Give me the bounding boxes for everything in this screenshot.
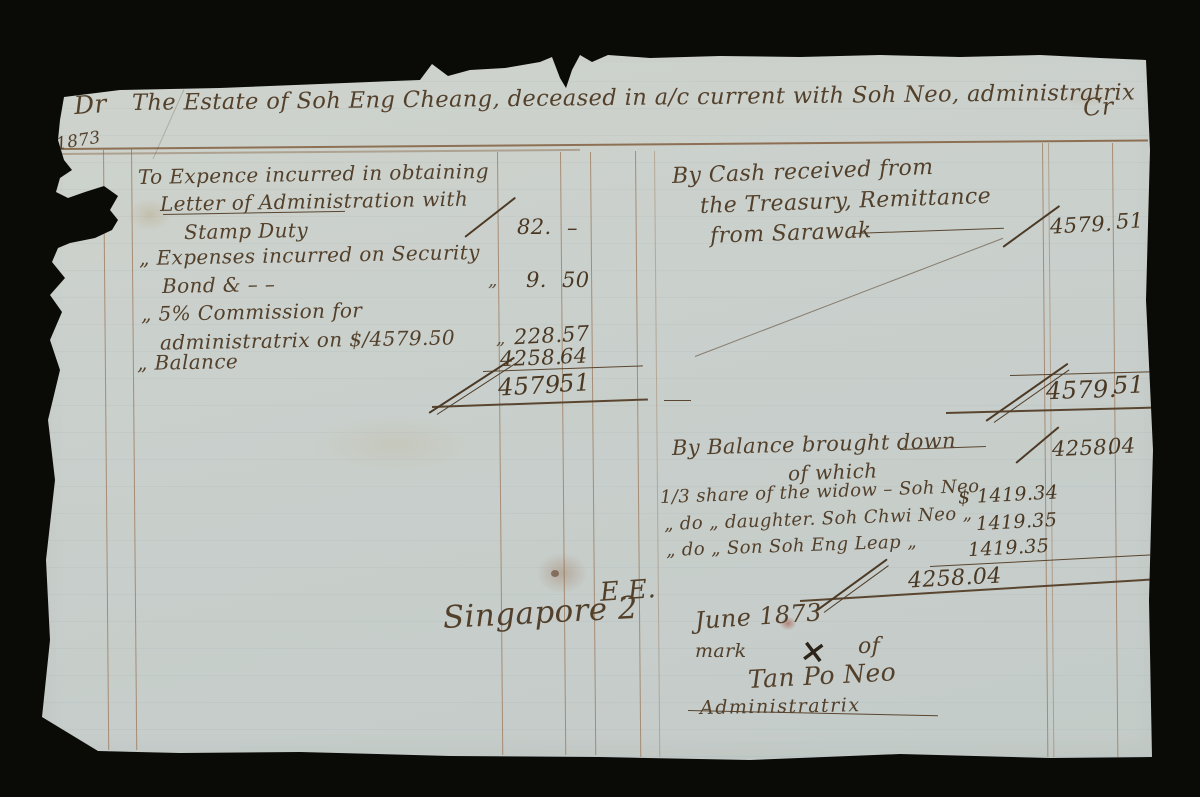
paper-edge-shading <box>0 0 1200 797</box>
paper-sheet: Dr The Estate of Soh Eng Cheang, decease… <box>0 0 1200 797</box>
scanned-ledger-page: Dr The Estate of Soh Eng Cheang, decease… <box>0 0 1200 797</box>
